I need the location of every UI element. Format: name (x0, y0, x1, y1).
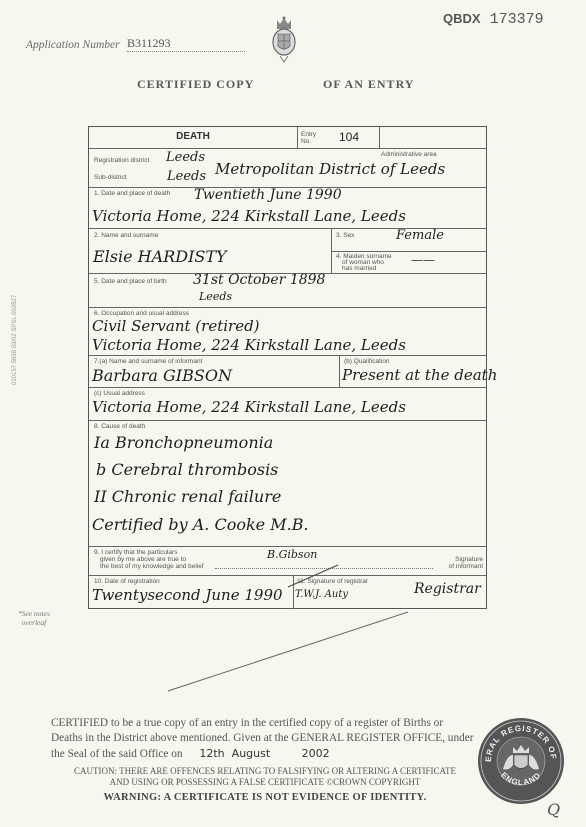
serial-number: 173379 (490, 11, 544, 28)
informant-address: Victoria Home, 224 Kirkstall Lane, Leeds (92, 398, 406, 416)
serial-prefix: QBDX (443, 11, 481, 26)
place-of-birth: Leeds (199, 290, 232, 303)
cause-of-death-line: b Cerebral thrombosis (96, 460, 278, 479)
application-number-label: Application Number (26, 39, 120, 51)
certification-label-2: given by me above are true to (100, 556, 186, 563)
date-place-death-label: 1. Date and place of death (94, 190, 170, 197)
registrar-title: Registrar (414, 581, 481, 597)
entry-number: 104 (339, 130, 359, 144)
registrar-signature: T.W.J. Auty (295, 589, 348, 600)
certification-label-3: the best of my knowledge and belief (100, 563, 204, 570)
date-of-registration: Twentysecond June 1990 (92, 586, 283, 604)
signature-of-informant-label-1: Signature (433, 556, 483, 563)
caution-notice: CAUTION: THERE ARE OFFENCES RELATING TO … (50, 766, 480, 788)
informant-address-label: (c) Usual address (94, 390, 145, 397)
sub-district: Leeds (167, 169, 206, 184)
date-of-registration-label: 10. Date of registration (94, 578, 160, 585)
registration-district: Leeds (166, 150, 205, 165)
informant-qualification: Present at the death (342, 366, 497, 384)
cause-of-death-label: 8. Cause of death (94, 423, 145, 430)
certification-statement: CERTIFIED to be a true copy of an entry … (51, 716, 476, 762)
signature-of-informant-label-2: of informant (433, 563, 483, 570)
qualification-label: (b) Qualification (344, 358, 390, 365)
cause-of-death-line: Ia Bronchopneumonia (94, 433, 273, 452)
see-notes-overleaf: *See notes overleaf (18, 609, 50, 627)
maiden-surname-label-3: has married (342, 265, 376, 272)
informant-signature: B.Gibson (267, 548, 317, 561)
identity-warning: WARNING: A CERTIFICATE IS NOT EVIDENCE O… (50, 792, 480, 803)
certificate-serial: QBDX 173379 (443, 11, 544, 28)
registration-district-label: Registration district (94, 157, 149, 164)
maiden-surname: —— (411, 253, 435, 267)
sex-label: 3. Sex (336, 232, 354, 239)
administrative-area: Metropolitan District of Leeds (215, 160, 445, 178)
entry-no-label: Entry No. (301, 131, 323, 145)
administrative-area-label: Administrative area (381, 151, 437, 158)
sex: Female (396, 228, 444, 243)
record-type: DEATH (89, 131, 297, 142)
place-of-death: Victoria Home, 224 Kirkstall Lane, Leeds (92, 207, 406, 225)
application-number: B311293 (127, 36, 245, 52)
name-surname-label: 2. Name and surname (94, 232, 158, 239)
registrar-signature-label: 11. Signature of registrar (297, 578, 368, 585)
occupation-address-label: 6. Occupation and usual address (94, 310, 189, 317)
cause-of-death-line: II Chronic renal failure (94, 487, 281, 506)
date-of-birth: 31st October 1898 (193, 272, 325, 288)
certification-label-1: 9. I certify that the particulars (94, 549, 177, 556)
occupation: Civil Servant (retired) (92, 317, 260, 335)
date-place-birth-label: 5. Date and place of birth (94, 278, 167, 285)
sub-district-label: Sub-district (94, 174, 127, 181)
royal-coat-of-arms-icon (271, 16, 297, 64)
seal-date: 12th August 2002 (185, 747, 329, 760)
form-reference-code: 010157 5658 03/02 SPSL 002827 (12, 295, 18, 385)
usual-address: Victoria Home, 224 Kirkstall Lane, Leeds (92, 336, 406, 354)
certified-by: Certified by A. Cooke M.B. (92, 515, 309, 534)
date-of-death: Twentieth June 1990 (194, 187, 342, 203)
heading-certified-copy: CERTIFIED COPY (137, 77, 254, 92)
general-register-office-seal-icon: GENERAL REGISTER OFFICE ENGLAND (477, 717, 565, 805)
deceased-name: Elsie HARDISTY (93, 247, 227, 266)
informant-name-label: 7.(a) Name and surname of informant (94, 358, 202, 365)
heading-of-an-entry: OF AN ENTRY (323, 77, 414, 92)
handwritten-initial: Q (547, 800, 560, 819)
death-entry-form: DEATH Entry No. 104 Registration distric… (88, 126, 487, 609)
informant-name: Barbara GIBSON (92, 366, 232, 385)
